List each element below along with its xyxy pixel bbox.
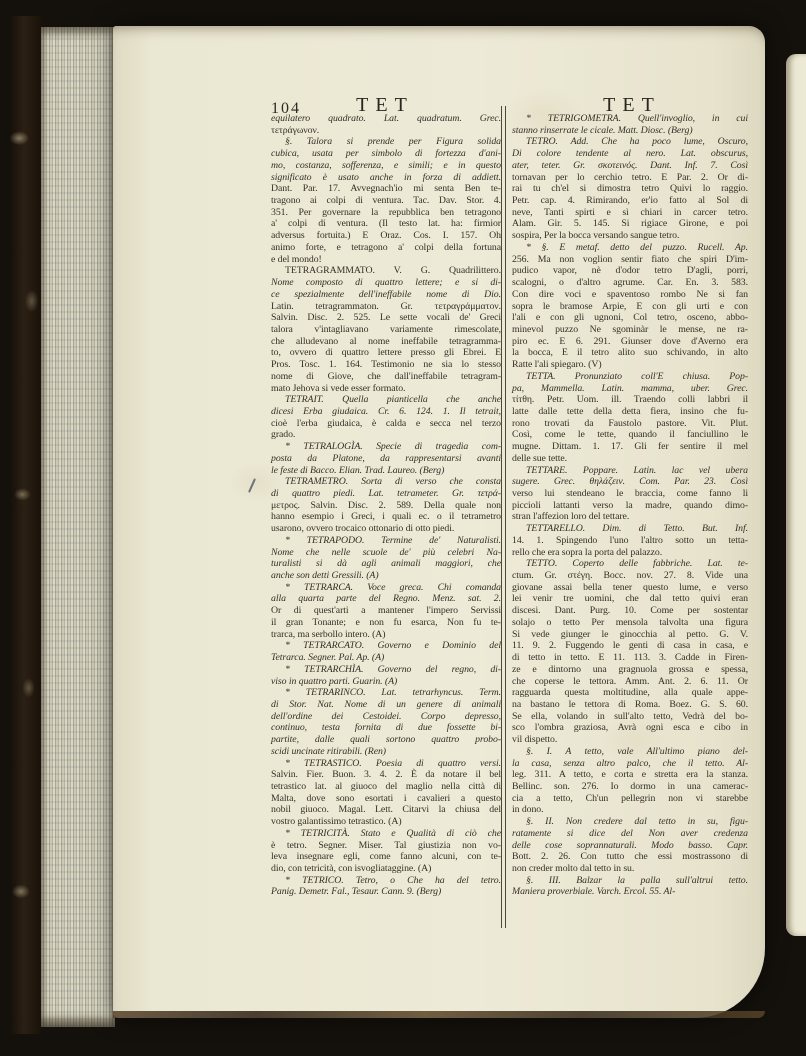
- text-line: tragono ai colpi di ventura. Tac. Dav. S…: [271, 195, 501, 207]
- text-line: Petr. cap. 4. Rimirando, er'io fatto al …: [512, 195, 748, 207]
- text-line: §. II. Non credere dal tetto in su, figu…: [512, 816, 748, 828]
- text-line: adversus fortuita.) E Oraz. Cos. I. 157.…: [271, 230, 501, 242]
- text-line: Maniera proverbiale. Varch. Ercol. 55. A…: [512, 886, 748, 898]
- text-line: ater, teter. Gr. σκοτεινός. Dant. Inf. 7…: [512, 160, 748, 172]
- text-line: * TETRARINCO. Lat. tetrarhyncus. Term.: [271, 687, 501, 699]
- text-line: sugere. Grec. θηλάζειν. Com. Par. 23. Co…: [512, 476, 748, 488]
- text-line: hanno esempio i Greci, i quali ec. o il …: [271, 511, 501, 523]
- text-line: vostro galantissimo tetrastico. (A): [271, 816, 501, 828]
- text-line: * TETRIGOMETRA. Quell'invoglio, in cui: [512, 113, 748, 125]
- text-line: ce spezialmente dell'ineffabile nome di …: [271, 289, 501, 301]
- text-line: grado.: [271, 429, 501, 441]
- text-line: è tetro. Segner. Miser. Tal giustizia no…: [271, 840, 501, 852]
- text-line: anche son detti Gressili. (A): [271, 570, 501, 582]
- text-line: piccioli lattanti verso la madre, quando…: [512, 500, 748, 512]
- text-line: le feste di Bacco. Elian. Trad. Laureo. …: [271, 465, 501, 477]
- text-line: partite, dalle quali sortono quattro pro…: [271, 734, 501, 746]
- text-line: TETRAIT. Quella pianticella che anche: [271, 394, 501, 406]
- right-text-column: * TETRIGOMETRA. Quell'invoglio, in cuist…: [512, 113, 748, 898]
- text-line: viso in quattro parti. Guarin. (A): [271, 676, 501, 688]
- text-line: minevol puzzo Ne sgominàr le mense, ne r…: [512, 324, 748, 336]
- text-line: * TETRICO. Tetro, o Che ha del tetro.: [271, 875, 501, 887]
- text-line: vil dispetto.: [512, 734, 748, 746]
- text-line: TETRO. Add. Che ha poco lume, Oscuro,: [512, 136, 748, 148]
- text-line: solajo o tetto Per mensola talvolta una …: [512, 617, 748, 629]
- text-line: nome di Giove, che dall'ineffabile tetra…: [271, 371, 501, 383]
- text-line: ratamente si dice del Non aver credenza: [512, 828, 748, 840]
- text-line: TETTO. Coperto delle fabbriche. Lat. te-: [512, 558, 748, 570]
- text-line: Di colore tendente al nero. Lat. obscuru…: [512, 148, 748, 160]
- text-line: Salvin. Fier. Buon. 3. 4. 2. È da notare…: [271, 769, 501, 781]
- text-line: verso lui stendeano le braccia, come fan…: [512, 488, 748, 500]
- text-line: 11. 9. 2. Fuggendo le genti di casa in c…: [512, 640, 748, 652]
- text-line: latte dalle tette della detta fiera, ins…: [512, 406, 748, 418]
- text-line: mato Jehova si vede esser formato.: [271, 383, 501, 395]
- text-line: posta da Platone, da rappresentarsi avan…: [271, 453, 501, 465]
- text-line: pudico vapor, nè d'odor tetro D'agli, po…: [512, 265, 748, 277]
- text-line: * TETRICITÀ. Stato e Qualità di ciò che: [271, 828, 501, 840]
- text-line: rello che era sopra la porta del palazzo…: [512, 547, 748, 559]
- text-line: di quattro piedi. Lat. tetrameter. Gr. τ…: [271, 488, 501, 500]
- book-cover-edge: [10, 16, 41, 1034]
- text-line: dio, con tetricità, con isvogliataggine.…: [271, 863, 501, 875]
- text-line: cioè l'erba giudaica, è calda e secca ne…: [271, 418, 501, 430]
- text-line: alla quarta parte del Regno. Menz. sat. …: [271, 593, 501, 605]
- text-line: sospira, Per la bocca versando sangue te…: [512, 230, 748, 242]
- text-line: Bellinc. son. 276. Io dormo in una camer…: [512, 781, 748, 793]
- text-line: l'ali e con gli ugnoni, Col tetro, oscen…: [512, 312, 748, 324]
- text-line: usarono, ovvero trocaico ottonario di ot…: [271, 523, 501, 535]
- text-line: leva insegnare egli, come fanno alcuni, …: [271, 851, 501, 863]
- text-line: stran l'affezion loro del tettare.: [512, 511, 748, 523]
- text-line: delle sue tette.: [512, 453, 748, 465]
- text-line: Alam. Gir. 5. 145. Si rigiace Girone, e …: [512, 218, 748, 230]
- text-line: di Stor. Nat. Nome di un genere di anima…: [271, 699, 501, 711]
- text-line: cia a tetto, Ch'un pellegrin non vi star…: [512, 793, 748, 805]
- left-text-column: equilatero quadrato. Lat. quadratum. Gre…: [271, 113, 501, 898]
- text-line: giovane assai bella tener questo lume, e…: [512, 582, 748, 594]
- text-line: §. Talora si prende per Figura solida: [271, 136, 501, 148]
- text-line: * §. E metaf. detto del puzzo. Rucell. A…: [512, 242, 748, 254]
- text-line: sco l'ombra graziosa, Avrà ogni esca e c…: [512, 722, 748, 734]
- text-line: 351. Per governare la repubblica ben tet…: [271, 207, 501, 219]
- text-line: Ratte l'ali spiegaro. (V): [512, 359, 748, 371]
- text-line: tornavan per lo cerchio tetro. E Par. 2.…: [512, 172, 748, 184]
- text-line: Dant. Par. 17. Avvegnach'io mi senta Ben…: [271, 183, 501, 195]
- text-line: discesi. Dant. Purg. 10. Come per sosten…: [512, 605, 748, 617]
- text-line: significato è usato anche in forza di ad…: [271, 172, 501, 184]
- text-line: che alludevano al nome ineffabile tetrag…: [271, 336, 501, 348]
- text-line: animo forte, e tetragono a' colpi della …: [271, 242, 501, 254]
- text-line: dicesi Erba giudaica. Cr. 6. 124. 1. Il …: [271, 406, 501, 418]
- text-line: to, ovvero di quattro lettere presso gli…: [271, 347, 501, 359]
- text-line: * TETRARCA. Voce greca. Chi comanda: [271, 582, 501, 594]
- facing-page-edge: [786, 54, 806, 936]
- text-line: Panig. Demetr. Fal., Tesaur. Cann. 9. (B…: [271, 886, 501, 898]
- page-edges-stack: [41, 27, 115, 1027]
- text-line: nobil giuoco. Magal. Lett. Citarvi la ch…: [271, 804, 501, 816]
- text-line: τίτθη. Petr. Uom. ill. Traendo colli lab…: [512, 394, 748, 406]
- text-line: Pros. Tosc. 1. 164. Testimonio ne sia lo…: [271, 359, 501, 371]
- text-line: Si vede giunger le ginocchia al petto. G…: [512, 629, 748, 641]
- text-line: scalogni, o d'altro agrume. Car. En. 3. …: [512, 277, 748, 289]
- text-line: Malta, dove sono esortati i cavalieri a …: [271, 793, 501, 805]
- text-line: * TETRALOGÌA. Specie di tragedia com-: [271, 441, 501, 453]
- text-line: e del mondo!: [271, 254, 501, 266]
- text-line: * TETRASTICO. Poesia di quattro versi.: [271, 758, 501, 770]
- page-bottom-edge: [113, 1011, 765, 1018]
- text-line: * TETRAPODO. Termine de' Naturalisti.: [271, 535, 501, 547]
- text-line: TETRAMETRO. Sorta di verso che consta: [271, 476, 501, 488]
- scanned-book-page: 104 TET TET equilatero quadrato. Lat. qu…: [0, 0, 806, 1056]
- text-line: 14. 1. Spingendo l'uno l'altro sotto un …: [512, 535, 748, 547]
- text-line: Latin. tetragrammaton. Gr. τετραγράμματο…: [271, 301, 501, 313]
- text-line: Se ella, volando in sull'alto tetto, Ved…: [512, 711, 748, 723]
- text-line: Bott. 2. 26. Con tutto che essi mostrass…: [512, 851, 748, 863]
- text-line: * TETRARCATO. Governo e Dominio del: [271, 640, 501, 652]
- text-line: * TETRARCHÌA. Governo del regno, di-: [271, 664, 501, 676]
- text-line: Or di quest'arti a mantener l'impero Ser…: [271, 605, 501, 617]
- text-line: Nome composto di quattro lettere; e si d…: [271, 277, 501, 289]
- text-line: delle cose soprannaturali. Modo basso. C…: [512, 840, 748, 852]
- text-line: stanno rinserrate le cicale. Matt. Diosc…: [512, 125, 748, 137]
- text-line: non creder molto dal tetto in su.: [512, 863, 748, 875]
- text-line: Così, come le tette, quando il fanciulli…: [512, 429, 748, 441]
- text-line: la casa, senza altro palco, che il tetto…: [512, 758, 748, 770]
- text-line: 256. Ma non voglion sentir fiato che spi…: [512, 254, 748, 266]
- text-line: ragguarda questa moltitudine, alla quale…: [512, 687, 748, 699]
- text-line: TETTA. Pronunziato coll'E chiusa. Pop-: [512, 371, 748, 383]
- text-line: in dono.: [512, 804, 748, 816]
- text-line: a' colpi di ventura. (Il testo lat. ha: …: [271, 218, 501, 230]
- text-line: §. III. Balzar la palla sull'altrui tett…: [512, 875, 748, 887]
- text-line: mugne. Dittam. 1. 17. Gli fer sentire il…: [512, 441, 748, 453]
- text-line: il gran Tonante; e non fu esarca, Non fu…: [271, 617, 501, 629]
- text-line: TETTARE. Poppare. Latin. lac vel ubera: [512, 465, 748, 477]
- text-line: equilatero quadrato. Lat. quadratum. Gre…: [271, 113, 501, 125]
- text-line: rono trovati da Faustolo pastore. Vit. P…: [512, 418, 748, 430]
- text-line: leg. 311. A tetto, e corta e stretta era…: [512, 769, 748, 781]
- text-line: Salvin. Disc. 2. 525. Le sette vocali de…: [271, 312, 501, 324]
- text-line: talora v'intagliavano variamente rimesco…: [271, 324, 501, 336]
- text-line: pa, Mammella. Latin. mamma, uber. Grec.: [512, 383, 748, 395]
- text-line: turalisti si dà agli animali maggiori, c…: [271, 558, 501, 570]
- text-line: che coperse le tettora. Amm. Ant. 2. 6. …: [512, 676, 748, 688]
- text-line: TETRAGRAMMATO. V. G. Quadrilittero.: [271, 265, 501, 277]
- text-line: cubica, usata per simbolo di fortezza d'…: [271, 148, 501, 160]
- column-divider-rule: [501, 106, 506, 928]
- text-line: ze e dintorno una gragnuola grossa e spe…: [512, 664, 748, 676]
- text-line: §. I. A tetto, vale All'ultimo piano del…: [512, 746, 748, 758]
- text-line: tetrastico lat. al giuoco del maglio nel…: [271, 781, 501, 793]
- text-line: ctum. Gr. στέγη. Bocc. nov. 27. 8. Vide …: [512, 570, 748, 582]
- text-line: mo, costanza, sofferenza, e simili; e in…: [271, 160, 501, 172]
- text-line: τετράγωνον.: [271, 125, 501, 137]
- text-line: la bocca, E il tetro alito suo schivando…: [512, 347, 748, 359]
- text-line: sopra le bramose Arpie, E con gli urti e…: [512, 301, 748, 313]
- text-line: piro ec. E 6. 291. Giunser dove d'Averno…: [512, 336, 748, 348]
- text-line: di tetto in tetto. E 11. 113. 3. Cadde i…: [512, 652, 748, 664]
- text-line: μετρος. Salvin. Disc. 2. 589. Della qual…: [271, 500, 501, 512]
- text-line: scidi uncinate ritirabili. (Ren): [271, 746, 501, 758]
- book-page: 104 TET TET equilatero quadrato. Lat. qu…: [113, 26, 765, 1018]
- text-line: trarca, ma serbollo intero. (A): [271, 629, 501, 641]
- text-line: na bastano le tettora di Roma. Boez. G. …: [512, 699, 748, 711]
- text-line: lei venir tre uomini, che dal tetto quiv…: [512, 593, 748, 605]
- margin-pen-mark: [248, 478, 256, 493]
- text-line: Nome che nelle scuole de' più celebri Na…: [271, 547, 501, 559]
- text-line: neve, Tanti spirti e sì chiari in carcer…: [512, 207, 748, 219]
- text-line: dell'ordine dei Cestoidei. Corpo depress…: [271, 711, 501, 723]
- text-line: Tetrarca. Segner. Pal. Ap. (A): [271, 652, 501, 664]
- text-line: TETTARELLO. Dim. di Tetto. But. Inf.: [512, 523, 748, 535]
- text-line: continuo, testa fornita di due fossette …: [271, 722, 501, 734]
- text-line: rai tu ch'el si dimostra tetro Quivi lo …: [512, 183, 748, 195]
- text-line: Con dire voci e spaventoso rombo Ne si f…: [512, 289, 748, 301]
